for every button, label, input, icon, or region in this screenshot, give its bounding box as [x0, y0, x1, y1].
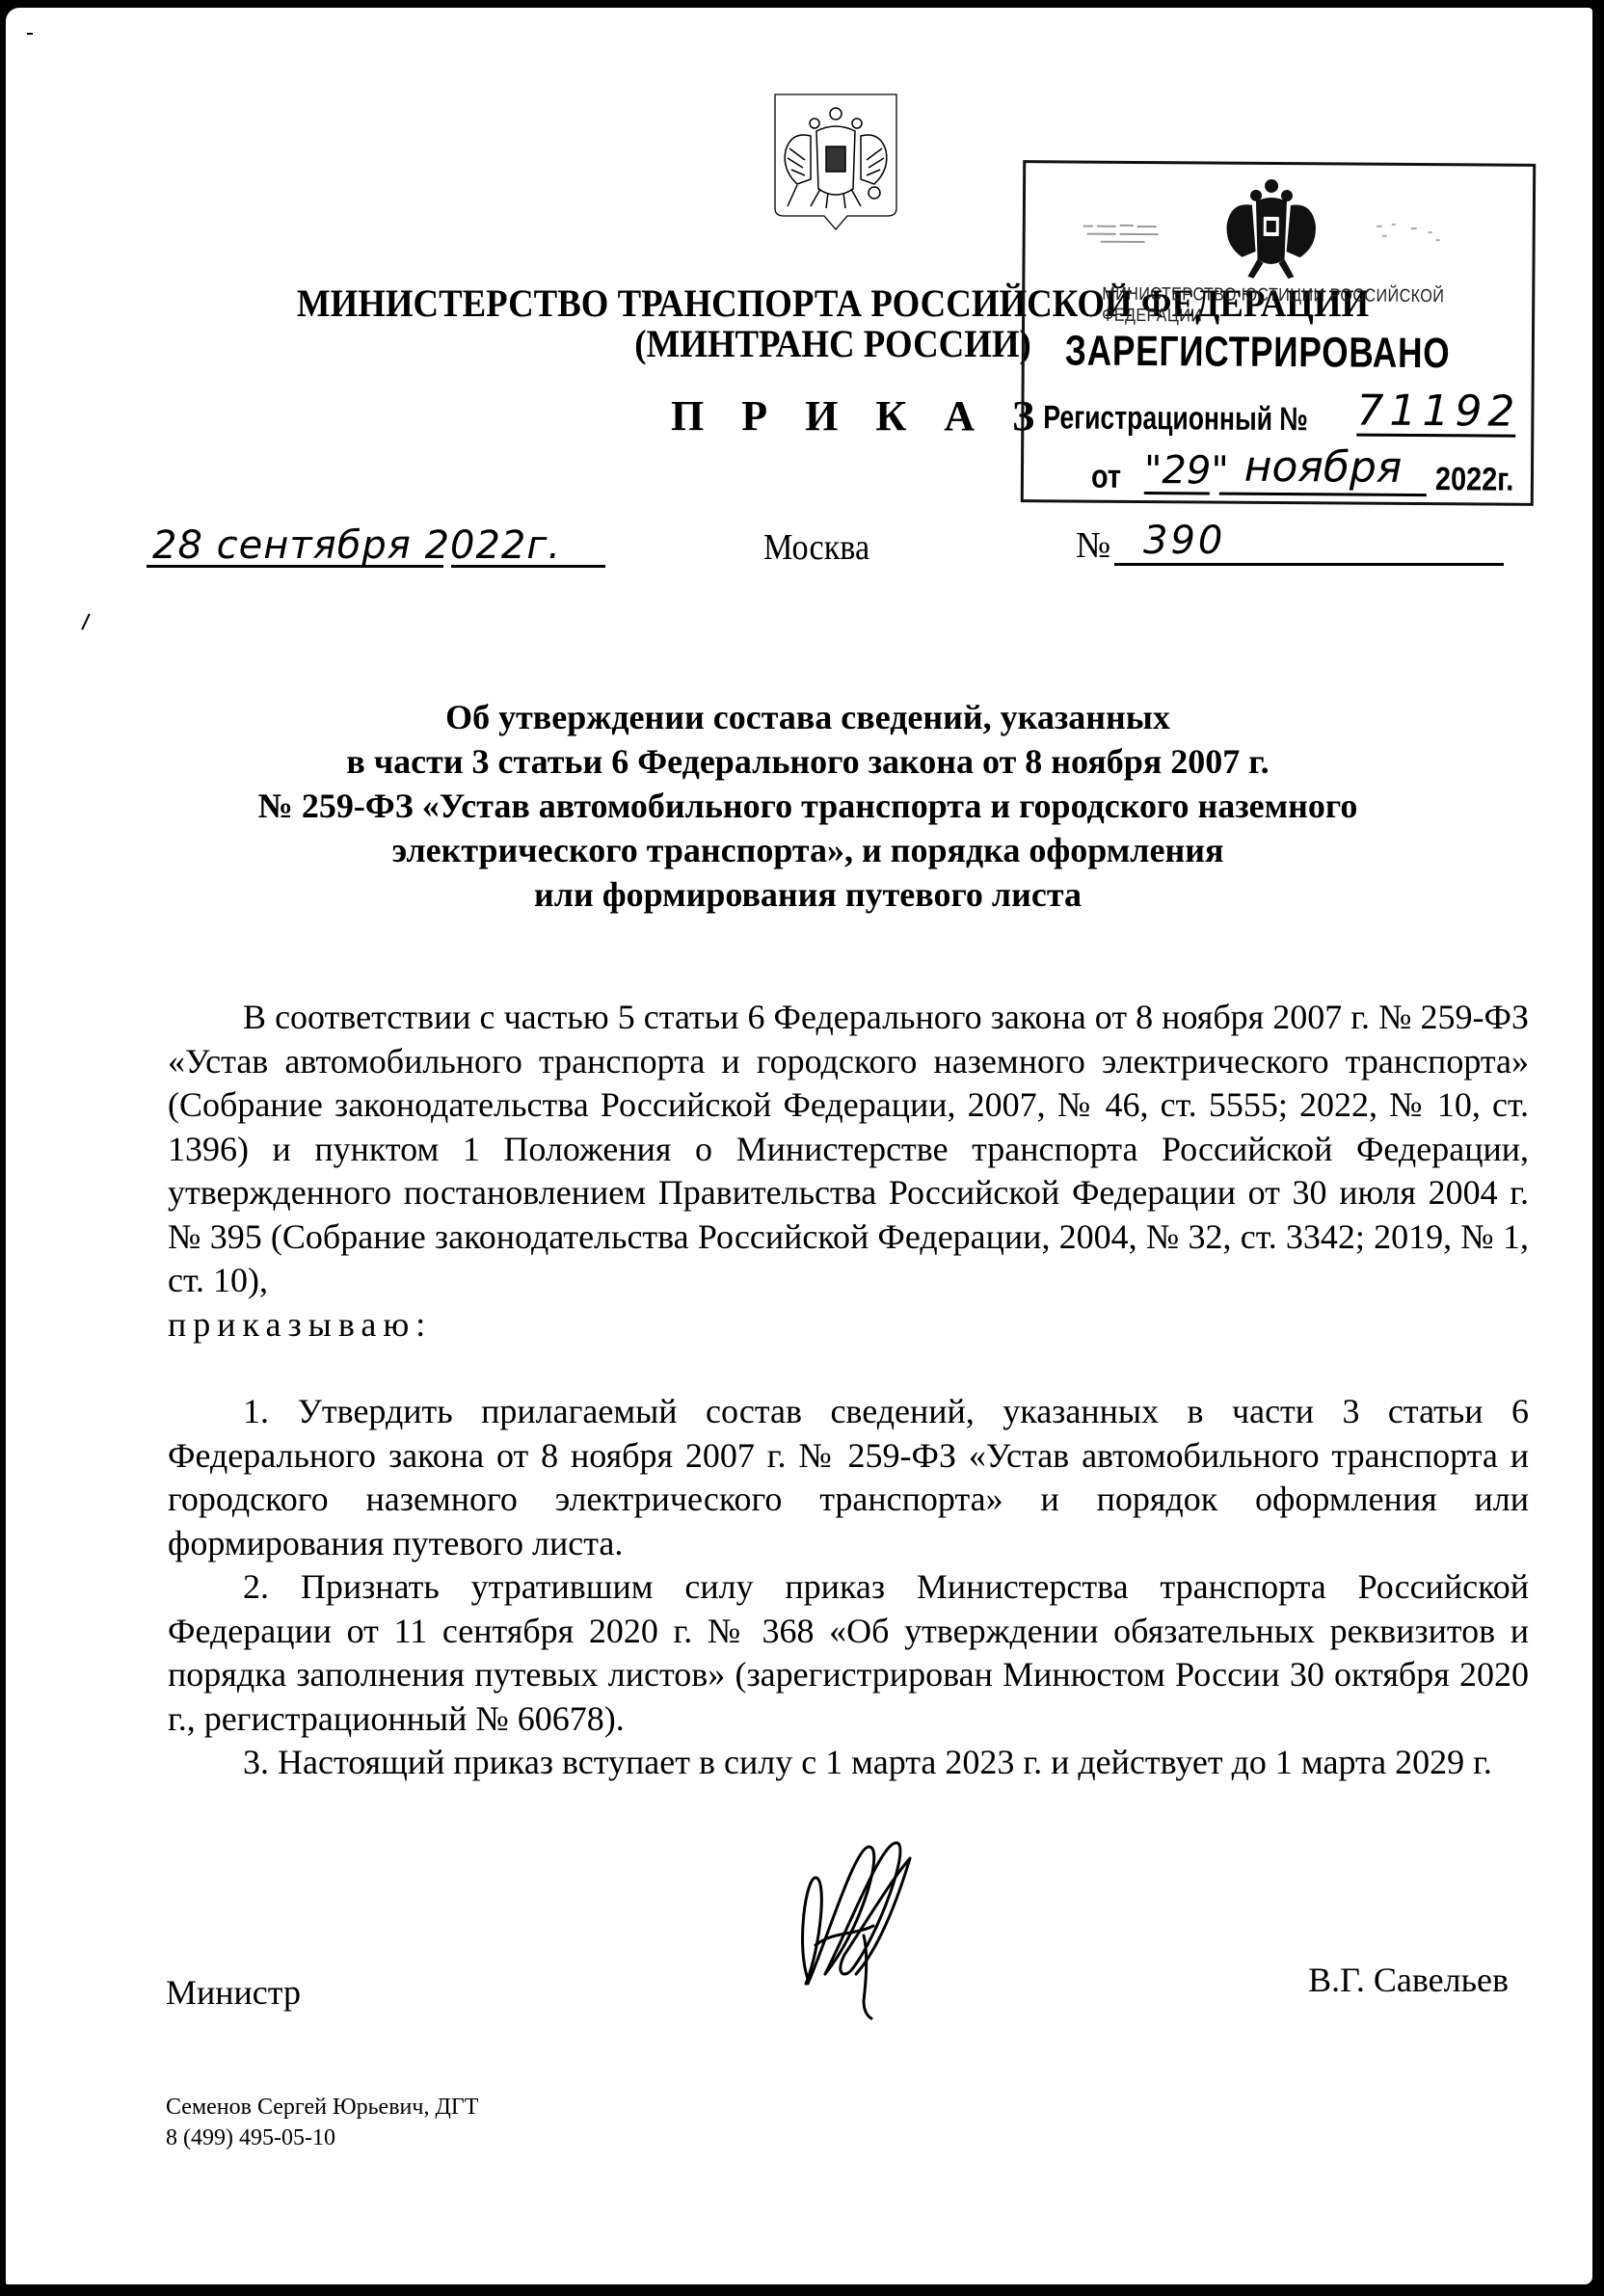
stamp-faded-text [1373, 222, 1450, 247]
signatory-position: Министр [166, 1972, 301, 2013]
title-line: № 259-ФЗ «Устав автомобильного транспорт… [64, 784, 1552, 828]
scan-speck [27, 33, 33, 35]
executor-name: Семенов Сергей Юрьевич, ДГТ [166, 2092, 478, 2122]
order-title: Об утверждении состава сведений, указанн… [64, 695, 1552, 917]
stamp-date-month: ноября [1219, 442, 1427, 496]
order-number: 390 [1114, 519, 1504, 566]
registration-stamp: МИНИСТЕРСТВО ЮСТИЦИИ РОССИЙСКОЙ ФЕДЕРАЦИ… [1021, 160, 1536, 506]
order-body: В соответствии с частью 5 статьи 6 Федер… [168, 996, 1529, 1785]
stamp-date: от "29" ноября 2022г. [1048, 450, 1530, 453]
stamp-date-day: "29" [1144, 449, 1210, 494]
stamp-ministry-line: МИНИСТЕРСТВО ЮСТИЦИИ РОССИЙСКОЙ ФЕДЕРАЦИ… [1102, 284, 1462, 330]
stamp-reg-number: 71192 [1356, 389, 1515, 438]
executor-block: Семенов Сергей Юрьевич, ДГТ 8 (499) 495-… [166, 2092, 478, 2153]
coat-of-arms-icon [772, 93, 899, 251]
document-page: МИНИСТЕРСТВО ТРАНСПОРТА РОССИЙСКОЙ ФЕДЕР… [6, 8, 1592, 2284]
stamp-heading: ЗАРЕГИСТРИРОВАНО [1065, 327, 1451, 378]
order-word: приказываю: [168, 1303, 1529, 1348]
document-kind-heading: П Р И К А З [671, 391, 1048, 441]
order-city: Москва [763, 526, 869, 569]
stamp-date-prefix: от [1091, 459, 1121, 496]
order-date: 28 сентября 2022г. [152, 523, 576, 568]
signatory-name: В.Г. Савельев [1308, 1960, 1509, 2000]
date-underline [451, 565, 605, 568]
signature-icon [796, 1839, 999, 2022]
order-item-2: 2. Признать утратившим силу приказ Минис… [168, 1565, 1529, 1741]
order-item-1: 1. Утвердить прилагаемый состав сведений… [168, 1390, 1529, 1565]
stamp-faded-text [1082, 222, 1168, 252]
title-line: или формирования путевого листа [64, 872, 1552, 917]
title-line: в части 3 статьи 6 Федерального закона о… [64, 739, 1552, 784]
order-item-3: 3. Настоящий приказ вступает в силу с 1 … [168, 1741, 1529, 1785]
stamp-date-year: 2022г. [1435, 461, 1514, 499]
date-underline [147, 565, 443, 568]
title-line: Об утверждении состава сведений, указанн… [64, 695, 1552, 739]
preamble: В соответствии с частью 5 статьи 6 Федер… [168, 996, 1529, 1303]
stamp-reg-label: Регистрационный № [1043, 399, 1308, 439]
stamp-coat-of-arms-icon [1222, 176, 1320, 283]
order-number-label: № [1076, 524, 1110, 567]
scan-speck [81, 613, 90, 629]
title-line: электрического транспорта», и порядка оф… [64, 828, 1552, 872]
executor-phone: 8 (499) 495-05-10 [166, 2122, 478, 2153]
